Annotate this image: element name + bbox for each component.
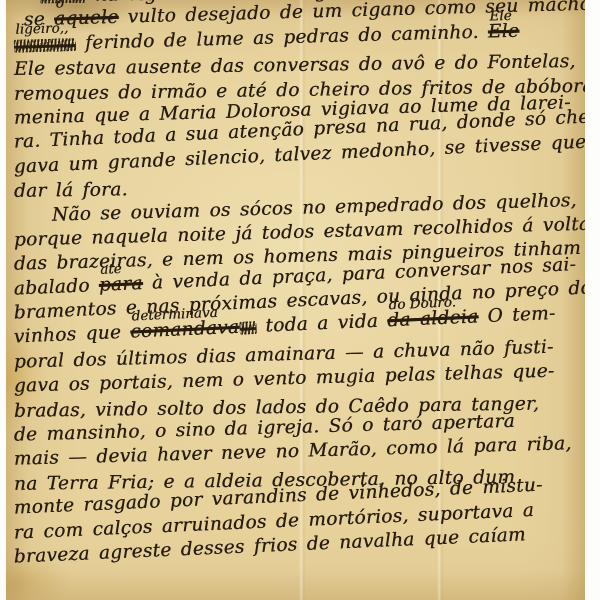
correction: do Douro.da aldeia	[387, 307, 479, 332]
handwritten-text: abalado	[13, 275, 99, 300]
correction: ligeiro,,	[14, 33, 77, 56]
manuscript-page: na vigilancia da sossego, se oaquele vul…	[6, 0, 585, 600]
ink-scribble	[239, 322, 257, 336]
handwritten-text: vinhos que	[13, 322, 130, 348]
handwritten-text-block: na vigilancia da sossego, se oaquele vul…	[6, 0, 585, 571]
inserted-word: Ele	[489, 8, 512, 25]
handwritten-text: dar lá fora.	[14, 179, 128, 202]
handwritten-text: O tem-	[478, 303, 556, 327]
inserted-word: o	[55, 0, 64, 12]
ink-scribble	[14, 38, 76, 53]
correction: determinavacomandava	[130, 317, 240, 343]
handwritten-text: toda a vida	[256, 311, 388, 338]
inserted-word: até	[100, 261, 122, 278]
correction: EleEle	[488, 20, 520, 42]
correction: atépara	[98, 273, 143, 296]
inserted-word: ligeiro,,	[15, 20, 68, 37]
